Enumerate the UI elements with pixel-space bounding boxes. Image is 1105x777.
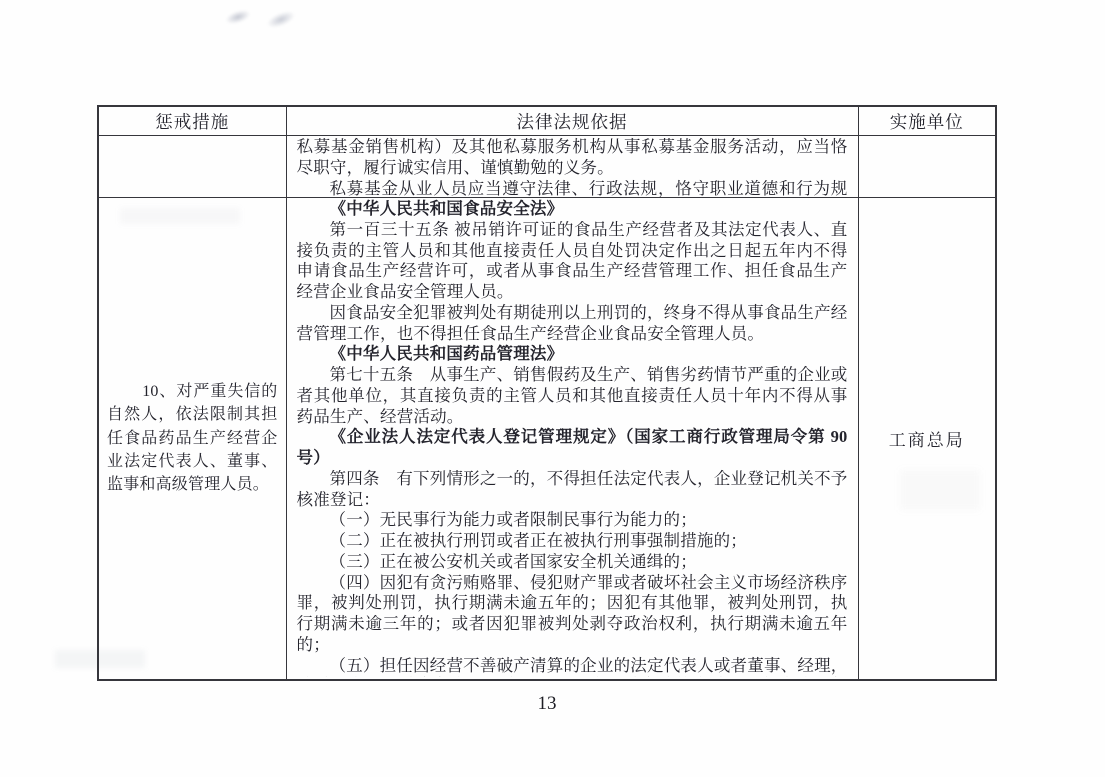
legal-basis-text: 《中华人民共和国食品安全法》第一百三十五条 被吊销许可证的食品生产经营者及其法定… <box>297 199 848 677</box>
unit-cell: 工商总局 <box>858 198 996 680</box>
legal-paragraph: 私募基金从业人员应当遵守法律、行政法规，恪守职业道德和行为规范。 <box>297 179 848 198</box>
col-header-legal-basis: 法律法规依据 <box>286 106 858 136</box>
legal-basis-text: 私募基金销售机构）及其他私募服务机构从事私募基金服务活动，应当恪尽职守，履行诚实… <box>297 137 848 197</box>
scan-artifact <box>265 8 298 31</box>
legal-basis-cell: 私募基金销售机构）及其他私募服务机构从事私募基金服务活动，应当恪尽职守，履行诚实… <box>286 136 858 198</box>
legal-paragraph: （四）因犯有贪污贿赂罪、侵犯财产罪或者破坏社会主义市场经济秩序罪，被判处刑罚，执… <box>297 573 848 656</box>
measure-text: 10、对严重失信的自然人，依法限制其担任食品药品生产经营企业法定代表人、董事、监… <box>107 380 278 496</box>
unit-text: 工商总局 <box>863 426 992 451</box>
measure-cell <box>98 136 286 198</box>
legal-paragraph: （二）正在被执行刑罚或者正在被执行刑事强制措施的； <box>297 531 848 552</box>
legal-paragraph: 私募基金销售机构）及其他私募服务机构从事私募基金服务活动，应当恪尽职守，履行诚实… <box>297 137 848 179</box>
legal-paragraph: 因食品安全犯罪被判处有期徒刑以上刑罚的，终身不得从事食品生产经营管理工作，也不得… <box>297 303 848 345</box>
sanctions-table: 惩戒措施 法律法规依据 实施单位 私募基金销售机构）及其他私募服务机构从事私募基… <box>97 105 997 681</box>
legal-paragraph: （五）担任因经营不善破产清算的企业的法定代表人或者董事、经理，并对该企业的破产负… <box>297 656 848 678</box>
page-number: 13 <box>497 693 597 715</box>
legal-paragraph: 第一百三十五条 被吊销许可证的食品生产经营者及其法定代表人、直接负责的主管人员和… <box>297 220 848 303</box>
col-header-unit: 实施单位 <box>858 106 996 136</box>
legal-paragraph: （一）无民事行为能力或者限制民事行为能力的； <box>297 510 848 531</box>
legal-basis-cell: 《中华人民共和国食品安全法》第一百三十五条 被吊销许可证的食品生产经营者及其法定… <box>286 198 858 680</box>
legal-paragraph: （三）正在被公安机关或者国家安全机关通缉的； <box>297 552 848 573</box>
table-header-row: 惩戒措施 法律法规依据 实施单位 <box>98 106 996 136</box>
scan-artifact <box>224 7 252 26</box>
measure-cell: 10、对严重失信的自然人，依法限制其担任食品药品生产经营企业法定代表人、董事、监… <box>98 198 286 680</box>
document-page: 惩戒措施 法律法规依据 实施单位 私募基金销售机构）及其他私募服务机构从事私募基… <box>0 0 1105 777</box>
unit-cell <box>858 136 996 198</box>
legal-paragraph: 《中华人民共和国药品管理法》 <box>297 344 848 365</box>
table-row: 10、对严重失信的自然人，依法限制其担任食品药品生产经营企业法定代表人、董事、监… <box>98 198 996 680</box>
table-row: 私募基金销售机构）及其他私募服务机构从事私募基金服务活动，应当恪尽职守，履行诚实… <box>98 136 996 198</box>
legal-paragraph: 第四条 有下列情形之一的，不得担任法定代表人，企业登记机关不予核准登记： <box>297 469 848 511</box>
col-header-measure: 惩戒措施 <box>98 106 286 136</box>
legal-paragraph: 第七十五条 从事生产、销售假药及生产、销售劣药情节严重的企业或者其他单位，其直接… <box>297 365 848 427</box>
legal-paragraph: 《企业法人法定代表人登记管理规定》（国家工商行政管理局令第 90 号） <box>297 427 848 469</box>
legal-paragraph: 《中华人民共和国食品安全法》 <box>297 199 848 220</box>
